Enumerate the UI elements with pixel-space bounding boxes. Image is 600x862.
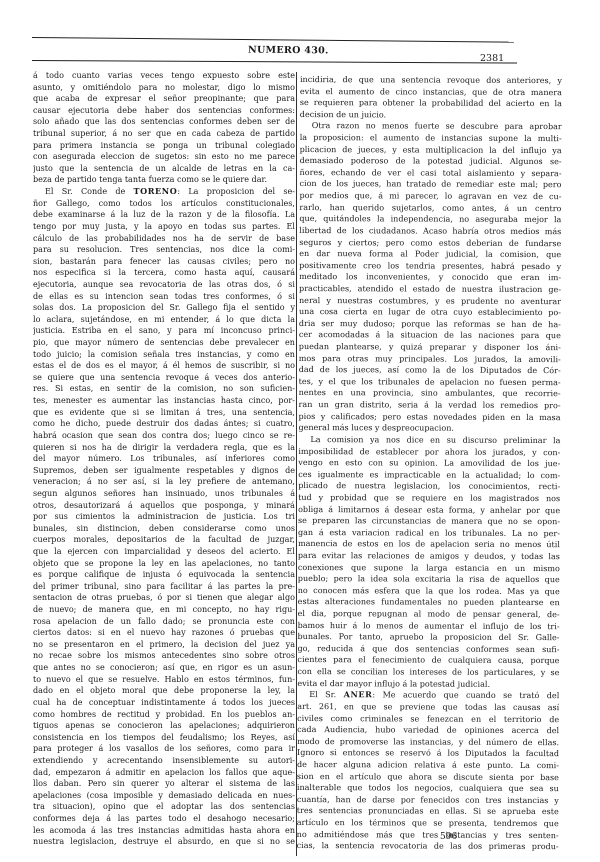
- text-line: cuerpos morales, depositarios de la facu…: [33, 534, 295, 546]
- text-line: de nuevo; de manera que, en mi concepto,…: [33, 604, 295, 616]
- text-line: artículo en los términos que se presenta…: [297, 817, 559, 830]
- text-line: El Sr. ANER: Me acuerdo que cuando se tr…: [297, 689, 559, 702]
- right-column: incidiria, de que una sentencia revoque …: [297, 74, 562, 853]
- text-line: que es evidente que si se limitan á tres…: [33, 407, 295, 419]
- speaker-prefix: El Sr.: [309, 690, 343, 699]
- text-line: les acomoda á las tres instancias admiti…: [33, 825, 295, 837]
- speech-text: : La proposicion del se-: [177, 187, 295, 196]
- text-line: vengo en esto con su opinion. La amovili…: [298, 457, 560, 470]
- header-bottom-rule: [32, 60, 517, 64]
- text-line: debe examinarse á la luz de la razon y d…: [33, 209, 295, 221]
- text-line: quieren si nos ha de dirigir la verdader…: [33, 442, 295, 454]
- text-line: para primera instancia se ponga un tribu…: [33, 140, 295, 152]
- text-line: de hacer alguna adicion relativa á este …: [297, 759, 559, 772]
- text-line: nos especifica si la tercera, como hasta…: [33, 267, 295, 279]
- text-line: para proteger á los vasallos de los seño…: [33, 743, 295, 755]
- text-line: por medios que, á mi parecer, lo agravan…: [299, 190, 561, 203]
- text-line: veneracion; á no ser así, si la ley pref…: [33, 476, 295, 488]
- text-line: ran un gran distrito, seria á la verdad …: [299, 399, 561, 412]
- text-line: demasiado poderoso de la potestad judici…: [300, 155, 562, 168]
- text-line: pueblo; pero la idea sola excitaria la r…: [298, 573, 560, 586]
- text-line: El Sr. Conde de TORENO: La proposicion d…: [33, 186, 295, 198]
- text-line: to nuevo el que se resuelve. Hablo en es…: [33, 674, 295, 686]
- speech-text: : Me acuerdo que cuando se trató del: [372, 691, 559, 701]
- text-line: para su resolucion. Tres sentencias, nos…: [33, 244, 295, 256]
- text-line: puedan plantearse, y quizá preparar y di…: [299, 341, 561, 354]
- speaker-prefix: El Sr. Conde de: [45, 187, 134, 196]
- text-line: á todo cuanto varias veces tengo expuest…: [33, 70, 295, 82]
- text-line: sentacion de otras pruebas, ó por si tie…: [33, 592, 295, 604]
- text-line: del mayor número. Los tribunales, así in…: [33, 453, 295, 465]
- text-line: res. Si estas, en sentir de la comision,…: [33, 383, 295, 395]
- text-line: La comision ya nos dice en su discurso p…: [298, 434, 560, 447]
- text-line: es porque califique de injusta ó equivoc…: [33, 569, 295, 581]
- text-line: tra situacion), opino que el adoptar las…: [33, 801, 295, 813]
- text-line: una cosa cierta en lugar de otra cuyo es…: [299, 306, 561, 319]
- text-line: dad de los jueces, así como la de los Di…: [299, 364, 561, 377]
- sheet-number: 596: [440, 832, 457, 842]
- text-line: cias, la sentencia revocatoria de las do…: [297, 840, 559, 853]
- text-line: habrá ocasion que sean dos contra dos; l…: [33, 430, 295, 442]
- text-line: solas dos. La proposicion del Sr. Galleg…: [33, 302, 295, 314]
- text-line: dad, empezaron á admitir en apelacion lo…: [33, 767, 295, 779]
- text-line: que, quitándoles la independencia, no as…: [299, 213, 561, 226]
- text-line: ciertos datos: si en el nuevo hay razone…: [33, 627, 295, 639]
- text-line: se requieren para obtener la probabilida…: [300, 97, 562, 110]
- text-line: que antes no se conocieron; así que, en …: [33, 662, 295, 674]
- text-line: nuestra legislacion, destruye el absurdo…: [33, 836, 295, 848]
- header-top-rule: [32, 37, 514, 43]
- text-line: justo que la sentencia de un alcalde de …: [33, 163, 295, 175]
- text-line: llos daban. Pero sin querer yo alterar e…: [33, 778, 295, 790]
- speaker-name: ANER: [344, 689, 373, 699]
- text-line: rosa apelacion de un fallo dado; se pron…: [33, 616, 295, 628]
- text-line: bunales, sin distincion, deben considera…: [33, 523, 295, 535]
- text-line: tud y probidad que se requiere en los ma…: [298, 492, 560, 505]
- text-line: no recae sobre los mismos antecedentes s…: [33, 650, 295, 662]
- text-line: practicables, atendido el estado de nues…: [299, 283, 561, 296]
- text-line: libertad de los ciudadanos. Acaso habría…: [299, 225, 561, 238]
- text-line: beza de partido tenga tanta fuerza como …: [33, 174, 295, 186]
- text-line: tribunal superior, á no ser que en cada …: [33, 128, 295, 140]
- text-line: para evitar las relaciones de amigos y d…: [298, 550, 560, 563]
- text-line: con ella se concilian los intereses de l…: [297, 666, 559, 679]
- text-line: en dar nueva forma al Poder judicial, la…: [299, 248, 561, 261]
- text-line: no se presentaron en el primero, la deci…: [33, 639, 295, 651]
- text-line: solo añado que las dos sentencias confor…: [33, 116, 295, 128]
- text-line: conformes deja á las partes todo el desa…: [33, 813, 295, 825]
- text-line: segun algunos señores han insinuado, uno…: [33, 488, 295, 500]
- text-line: general más luces y despreocupacion.: [298, 422, 560, 435]
- text-line: Supremos, deben ser igualmente respetabl…: [33, 465, 295, 477]
- text-line: por sus cimientos la administracion de j…: [33, 511, 295, 523]
- issue-number: NUMERO 430.: [248, 45, 329, 57]
- text-line: se quiere que una sentencia revoque á ve…: [33, 372, 295, 384]
- text-line: objeto que se propone la ley en las apel…: [33, 558, 295, 570]
- text-line: cada Audiencia, hubo variedad de opinion…: [297, 724, 559, 737]
- text-line: ñor Gallego, como todos los artículos co…: [33, 198, 295, 210]
- text-line: tiguos apenas se conocieron las apelacio…: [33, 720, 295, 732]
- text-line: causar ejecutoria debe haber dos sentenc…: [33, 105, 295, 117]
- text-line: justicia. Estriba en el sano, y para mí …: [33, 325, 295, 337]
- text-line: tes, menester es aumentar las instancias…: [33, 395, 295, 407]
- text-line: consistencia en los tiempos del feudalis…: [33, 732, 295, 744]
- left-column: á todo cuanto varias veces tengo expuest…: [33, 70, 295, 848]
- text-line: apelaciones (cosa imposible y demasiado …: [33, 790, 295, 802]
- text-line: tengo por muy justa, y la apoyo en todas…: [33, 221, 295, 233]
- text-line: dado en el objeto moral que debe propone…: [33, 685, 295, 697]
- text-line: la proposicion: el aumento de instancias…: [300, 132, 562, 145]
- text-line: inalterable que todos los negocios, cual…: [297, 782, 559, 795]
- text-line: como he dicho, puede destruir dos dadas …: [33, 418, 295, 430]
- text-line: ejecutoria, aunque sea revocatoria de la…: [33, 279, 295, 291]
- text-line: cual ha de conceptuar indistintamente á …: [33, 697, 295, 709]
- text-line: otros, desautorizará á aquellos que posp…: [33, 500, 295, 512]
- newspaper-page: NUMERO 430. 2381 á todo cuanto varias ve…: [0, 0, 600, 862]
- text-line: que acaba de expresar el señor preopinan…: [33, 93, 295, 105]
- text-line: lo aclara, sujetándose, en mi entender, …: [33, 314, 295, 326]
- text-line: bunales. Por tanto, apruebo la proposici…: [298, 631, 560, 644]
- text-line: que la ejercen con imparcialidad y deseo…: [33, 546, 295, 558]
- text-line: asunto, y omitiéndolo para no molestar, …: [33, 82, 295, 94]
- text-line: extendiendo y acrecentando insensiblemen…: [33, 755, 295, 767]
- text-line: art. 261, en que se previene que todas l…: [297, 701, 559, 714]
- text-line: incidiria, de que una sentencia revoque …: [300, 74, 562, 87]
- text-line: estas el de dos es el mayor, á él hemos …: [33, 360, 295, 372]
- speaker-name: TORENO: [134, 186, 178, 196]
- text-line: como hombres de rectitud y probidad. En …: [33, 709, 295, 721]
- text-line: el dia, porque repugnan al modo de pensa…: [298, 608, 560, 621]
- text-line: del primer tribunal, sino para facilitar…: [33, 581, 295, 593]
- text-line: cálculo de las probabilidades nos ha de …: [33, 233, 295, 245]
- text-line: todo juicio; la comision señala tres ins…: [33, 349, 295, 361]
- text-line: con asegurada eleccion de sugetos: sin e…: [33, 151, 295, 163]
- text-line: pio, que mayor número de sentencias debe…: [33, 337, 295, 349]
- text-line: de ellas es su intencion sean todas tres…: [33, 291, 295, 303]
- text-line: se preparen las circunstancias de manera…: [298, 515, 560, 528]
- text-line: sion, bastarán para fenecer las causas c…: [33, 256, 295, 268]
